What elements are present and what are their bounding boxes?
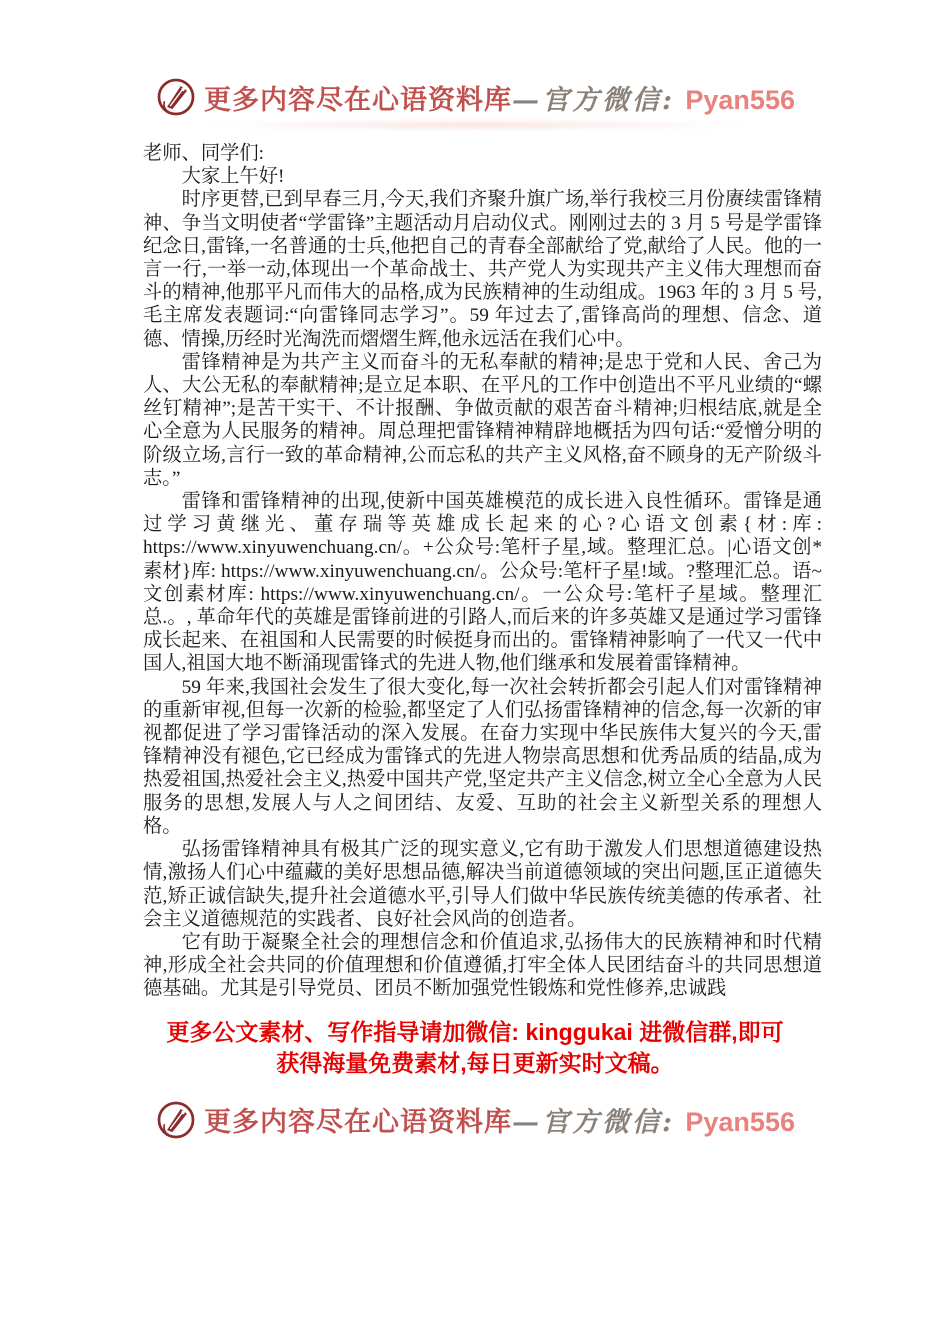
footer-banner-line-2: 获得海量免费素材,每日更新实时文稿。	[115, 1048, 835, 1079]
brand-text: 更多内容尽在心语资料库—官方微信: Pyan556	[204, 78, 795, 117]
footer-banner: 更多公文素材、写作指导请加微信: kinggukai 进微信群,即可 获得海量免…	[115, 1017, 835, 1079]
brand-wechat-id: Pyan556	[685, 85, 795, 115]
brand-text-main: 更多内容尽在心语资料库	[204, 85, 512, 116]
paragraph: 雷锋精神是为共产主义而奋斗的无私奉献的精神;是忠于党和人民、舍己为人、大公无私的…	[143, 351, 822, 490]
brand-text-suffix: —官方微信:	[512, 85, 675, 116]
brand-wechat-id: Pyan556	[685, 1107, 795, 1137]
document-page: 更多内容尽在心语资料库—官方微信: Pyan556 老师、同学们: 大家上午好!…	[0, 0, 950, 1344]
footer-brand: 更多内容尽在心语资料库—官方微信: Pyan556	[0, 1099, 950, 1141]
paragraph: 时序更替,已到早春三月,今天,我们齐聚升旗广场,举行我校三月份赓续雷锋精神、争当…	[143, 188, 822, 350]
brand-text-main: 更多内容尽在心语资料库	[204, 1107, 512, 1138]
brand-reflection	[195, 120, 755, 130]
paragraph: 雷锋和雷锋精神的出现,使新中国英雄模范的成长进入良性循环。雷锋是通过学习黄继光、…	[143, 490, 822, 676]
greeting: 大家上午好!	[143, 165, 822, 188]
salutation: 老师、同学们:	[143, 142, 822, 165]
paragraph: 弘扬雷锋精神具有极其广泛的现实意义,它有助于激发人们思想道德建设热情,激扬人们心…	[143, 838, 822, 931]
brand-text: 更多内容尽在心语资料库—官方微信: Pyan556	[204, 1100, 795, 1139]
pen-logo-icon	[155, 76, 197, 118]
paragraph: 它有助于凝聚全社会的理想信念和价值追求,弘扬伟大的民族精神和时代精神,形成全社会…	[143, 931, 822, 1001]
pen-logo-icon	[155, 1099, 197, 1141]
paragraph: 59 年来,我国社会发生了很大变化,每一次社会转折都会引起人们对雷锋精神的重新审…	[143, 676, 822, 838]
footer-banner-line-1: 更多公文素材、写作指导请加微信: kinggukai 进微信群,即可	[115, 1017, 835, 1048]
brand-text-suffix: —官方微信:	[512, 1107, 675, 1138]
header-brand: 更多内容尽在心语资料库—官方微信: Pyan556	[0, 0, 950, 118]
document-body: 老师、同学们: 大家上午好! 时序更替,已到早春三月,今天,我们齐聚升旗广场,举…	[143, 142, 822, 1001]
